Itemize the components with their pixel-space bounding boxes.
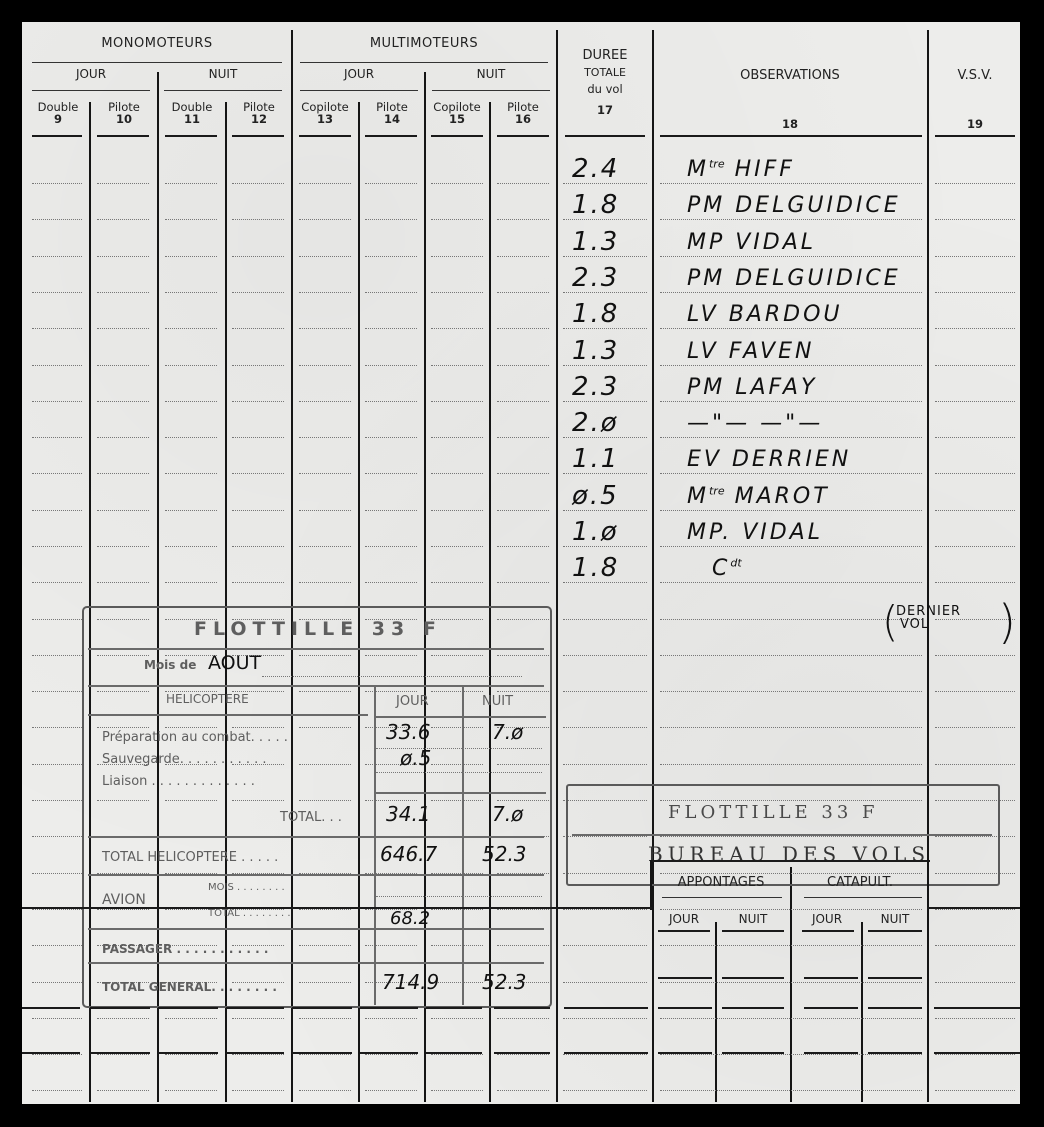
total-bar bbox=[868, 1007, 922, 1009]
row-guideline bbox=[165, 473, 217, 474]
total-general-jour: 714.9 bbox=[382, 970, 439, 994]
row-guideline bbox=[32, 945, 82, 946]
col-header-observations: OBSERVATIONS bbox=[654, 68, 926, 83]
row-guideline bbox=[232, 1018, 284, 1019]
col-divider bbox=[861, 922, 863, 1102]
group-header-multimoteurs: MULTIMOTEURS bbox=[300, 36, 548, 51]
avion-total-jour: 68.2 bbox=[390, 908, 430, 929]
row-guideline bbox=[431, 1090, 483, 1091]
flight-duration: 1.8 bbox=[572, 190, 619, 220]
row-guideline bbox=[165, 510, 217, 511]
passager-label: PASSAGER . . . . . . . . . . . bbox=[102, 942, 268, 956]
row-guideline bbox=[431, 437, 483, 438]
row-jour-sauvegarde: ø.5 bbox=[400, 746, 431, 770]
row-guideline bbox=[299, 1054, 351, 1055]
row-guideline bbox=[232, 219, 284, 220]
row-guideline bbox=[232, 582, 284, 583]
row-guideline bbox=[660, 982, 922, 983]
row-guideline bbox=[431, 328, 483, 329]
row-guideline bbox=[232, 365, 284, 366]
total-general-label: TOTAL GENERAL. . . . . . . . bbox=[102, 980, 277, 994]
row-guideline bbox=[165, 328, 217, 329]
row-guideline bbox=[935, 401, 1015, 402]
month-label: Mois de bbox=[144, 658, 196, 672]
row-guideline bbox=[660, 1054, 922, 1055]
flight-observation: PM LAFAY bbox=[687, 375, 817, 400]
row-guideline bbox=[299, 365, 351, 366]
total-bar bbox=[934, 1052, 1020, 1054]
helicoptere-label: HELICOPTERE bbox=[166, 692, 249, 706]
row-guideline bbox=[935, 727, 1015, 728]
row-guideline bbox=[563, 1090, 647, 1091]
row-guideline bbox=[97, 473, 149, 474]
total-bar bbox=[292, 1052, 352, 1054]
row-guideline bbox=[165, 365, 217, 366]
col-divider bbox=[927, 30, 929, 1102]
row-guideline bbox=[497, 292, 549, 293]
total-bar bbox=[158, 1052, 218, 1054]
row-guideline bbox=[365, 328, 417, 329]
row-guideline bbox=[660, 183, 922, 184]
row-guideline bbox=[660, 1090, 922, 1091]
row-guideline bbox=[97, 1018, 149, 1019]
row-guideline bbox=[299, 546, 351, 547]
row-guideline bbox=[935, 1090, 1015, 1091]
total-helicoptere-nuit: 52.3 bbox=[482, 842, 527, 866]
row-guideline bbox=[660, 546, 922, 547]
row-guideline bbox=[660, 219, 922, 220]
row-guideline bbox=[365, 1018, 417, 1019]
flight-observation: —"— —"— bbox=[687, 411, 823, 436]
total-bar bbox=[658, 977, 712, 979]
row-guideline bbox=[165, 546, 217, 547]
flight-observation: PM DELGUIDICE bbox=[687, 266, 901, 291]
flight-duration: 2.4 bbox=[572, 154, 619, 184]
row-guideline bbox=[660, 655, 922, 656]
row-guideline bbox=[232, 292, 284, 293]
row-guideline bbox=[660, 764, 922, 765]
total-bar bbox=[494, 1007, 550, 1009]
flight-duration: 1.3 bbox=[572, 336, 619, 366]
row-guideline bbox=[497, 1018, 549, 1019]
total-bar bbox=[658, 1052, 712, 1054]
total-bar bbox=[722, 1007, 784, 1009]
col-header-15: Copilote15 bbox=[426, 101, 488, 125]
row-guideline bbox=[935, 691, 1015, 692]
row-guideline bbox=[563, 1054, 647, 1055]
flight-observation: MP VIDAL bbox=[687, 230, 816, 255]
total-bar bbox=[722, 1052, 784, 1054]
row-guideline bbox=[299, 510, 351, 511]
row-guideline bbox=[32, 800, 82, 801]
row-guideline bbox=[935, 655, 1015, 656]
row-guideline bbox=[660, 909, 922, 910]
total-bar bbox=[426, 1052, 482, 1054]
row-guideline bbox=[165, 401, 217, 402]
row-guideline bbox=[563, 727, 647, 728]
month-value: AOUT bbox=[208, 652, 261, 674]
catapult-header: CATAPULT. bbox=[794, 875, 926, 890]
row-guideline bbox=[32, 1018, 82, 1019]
row-guideline bbox=[32, 836, 82, 837]
total-bar bbox=[360, 1052, 418, 1054]
row-guideline bbox=[299, 292, 351, 293]
row-guideline bbox=[365, 473, 417, 474]
row-guideline bbox=[563, 982, 647, 983]
row-guideline bbox=[431, 582, 483, 583]
flight-logbook-page: MONOMOTEURS MULTIMOTEURS JOUR NUIT JOUR … bbox=[22, 22, 1020, 1104]
col-header-18: 18 bbox=[654, 117, 926, 131]
row-guideline bbox=[97, 1090, 149, 1091]
row-guideline bbox=[299, 256, 351, 257]
total-jour: 34.1 bbox=[386, 802, 431, 826]
row-guideline bbox=[660, 582, 922, 583]
flight-observation: Mtre HIFF bbox=[687, 157, 795, 182]
row-guideline bbox=[97, 328, 149, 329]
row-guideline bbox=[32, 691, 82, 692]
flight-observation: Cdt bbox=[712, 556, 742, 581]
avion-total-label: TOTAL . . . . . . . . bbox=[208, 908, 291, 919]
flight-duration: 1.1 bbox=[572, 444, 619, 474]
row-guideline bbox=[365, 292, 417, 293]
flight-observation: LV FAVEN bbox=[687, 339, 814, 364]
row-guideline bbox=[165, 219, 217, 220]
row-guideline bbox=[97, 256, 149, 257]
total-bar bbox=[564, 1052, 648, 1054]
row-guideline bbox=[32, 655, 82, 656]
row-guideline bbox=[32, 365, 82, 366]
row-guideline bbox=[365, 401, 417, 402]
total-bar bbox=[22, 1007, 80, 1009]
row-guideline bbox=[563, 909, 647, 910]
row-guideline bbox=[660, 328, 922, 329]
total-bar bbox=[226, 1007, 284, 1009]
row-guideline bbox=[431, 1054, 483, 1055]
catapult-nuit: NUIT bbox=[864, 912, 926, 926]
row-guideline bbox=[935, 219, 1015, 220]
row-guideline bbox=[97, 510, 149, 511]
appontages-header: APPONTAGES bbox=[654, 875, 788, 890]
row-guideline bbox=[232, 437, 284, 438]
total-bar bbox=[22, 1052, 80, 1054]
row-guideline bbox=[32, 982, 82, 983]
row-guideline bbox=[497, 1090, 549, 1091]
row-guideline bbox=[935, 183, 1015, 184]
row-guideline bbox=[32, 546, 82, 547]
row-guideline bbox=[165, 1090, 217, 1091]
stamp-col-jour: JOUR bbox=[396, 694, 429, 709]
avion-mois-label: MOIS . . . . . . . . bbox=[208, 882, 285, 893]
row-guideline bbox=[431, 1018, 483, 1019]
row-guideline bbox=[97, 1054, 149, 1055]
row-guideline bbox=[97, 219, 149, 220]
row-guideline bbox=[365, 437, 417, 438]
col-header-17: DUREE TOTALE du vol 17 bbox=[558, 47, 652, 119]
catapult-jour: JOUR bbox=[794, 912, 860, 926]
total-bar bbox=[494, 1052, 550, 1054]
row-guideline bbox=[497, 582, 549, 583]
row-guideline bbox=[165, 437, 217, 438]
flight-duration: 2.ø bbox=[572, 408, 619, 438]
row-guideline bbox=[32, 727, 82, 728]
row-guideline bbox=[299, 183, 351, 184]
row-guideline bbox=[935, 764, 1015, 765]
row-guideline bbox=[660, 945, 922, 946]
row-guideline bbox=[935, 945, 1015, 946]
row-guideline bbox=[935, 582, 1015, 583]
flight-observation: PM DELGUIDICE bbox=[687, 193, 901, 218]
row-guideline bbox=[431, 546, 483, 547]
col-header-19: 19 bbox=[930, 117, 1020, 131]
row-guideline bbox=[660, 365, 922, 366]
row-label-liaison: Liaison . . . . . . . . . . . . . bbox=[102, 774, 255, 789]
col-header-14: Pilote14 bbox=[360, 101, 424, 125]
flight-observation: Mtre MAROT bbox=[687, 484, 830, 509]
row-guideline bbox=[431, 510, 483, 511]
total-bar bbox=[426, 1007, 482, 1009]
row-guideline bbox=[97, 183, 149, 184]
row-guideline bbox=[660, 401, 922, 402]
row-guideline bbox=[365, 582, 417, 583]
row-guideline bbox=[935, 982, 1015, 983]
group-header-monomoteurs: MONOMOTEURS bbox=[32, 36, 282, 51]
flight-duration: 1.8 bbox=[572, 553, 619, 583]
row-guideline bbox=[299, 1018, 351, 1019]
col-divider bbox=[652, 30, 654, 1102]
row-guideline bbox=[497, 219, 549, 220]
flight-duration: 2.3 bbox=[572, 372, 619, 402]
row-guideline bbox=[32, 909, 82, 910]
row-guideline bbox=[431, 256, 483, 257]
row-guideline bbox=[32, 1090, 82, 1091]
row-guideline bbox=[365, 219, 417, 220]
col-header-12: Pilote12 bbox=[227, 101, 291, 125]
col-header-9: Double9 bbox=[28, 101, 88, 125]
row-guideline bbox=[660, 437, 922, 438]
row-guideline bbox=[497, 510, 549, 511]
total-nuit: 7.ø bbox=[492, 802, 523, 826]
row-guideline bbox=[660, 1018, 922, 1019]
row-guideline bbox=[431, 401, 483, 402]
flight-totals-stamp: FLOTTILLE 33 F Mois de AOUT HELICOPTERE … bbox=[82, 606, 552, 1008]
row-guideline bbox=[32, 328, 82, 329]
total-bar bbox=[804, 1007, 858, 1009]
row-guideline bbox=[232, 1090, 284, 1091]
row-guideline bbox=[299, 1090, 351, 1091]
col-divider bbox=[556, 30, 558, 1102]
row-guideline bbox=[32, 256, 82, 257]
row-guideline bbox=[97, 292, 149, 293]
row-guideline bbox=[660, 691, 922, 692]
row-guideline bbox=[232, 1054, 284, 1055]
row-guideline bbox=[935, 365, 1015, 366]
row-guideline bbox=[32, 219, 82, 220]
row-guideline bbox=[497, 401, 549, 402]
row-guideline bbox=[365, 1090, 417, 1091]
row-guideline bbox=[232, 510, 284, 511]
row-guideline bbox=[660, 727, 922, 728]
row-guideline bbox=[32, 873, 82, 874]
row-guideline bbox=[32, 1054, 82, 1055]
row-guideline bbox=[935, 473, 1015, 474]
stamp-flottille: FLOTTILLE 33 F bbox=[668, 802, 879, 823]
row-guideline bbox=[497, 473, 549, 474]
last-flight-note: ( DERNIER VOL ) bbox=[890, 605, 961, 631]
flight-observation: MP. VIDAL bbox=[687, 520, 823, 545]
subheader-jour: JOUR bbox=[32, 67, 150, 81]
row-label-sauvegarde: Sauvegarde. . . . . . . . . . . bbox=[102, 752, 267, 767]
row-guideline bbox=[563, 619, 647, 620]
stamp-title: FLOTTILLE 33 F bbox=[194, 618, 442, 640]
row-guideline bbox=[165, 292, 217, 293]
col-header-16: Pilote16 bbox=[491, 101, 555, 125]
row-guideline bbox=[563, 764, 647, 765]
total-bar bbox=[722, 977, 784, 979]
row-guideline bbox=[365, 365, 417, 366]
row-guideline bbox=[232, 256, 284, 257]
row-guideline bbox=[32, 437, 82, 438]
row-guideline bbox=[32, 619, 82, 620]
total-general-nuit: 52.3 bbox=[482, 970, 527, 994]
row-guideline bbox=[232, 183, 284, 184]
row-guideline bbox=[497, 328, 549, 329]
stamp-col-nuit: NUIT bbox=[482, 694, 513, 709]
total-bar bbox=[564, 1007, 648, 1009]
flight-duration: 1.ø bbox=[572, 517, 619, 547]
row-guideline bbox=[32, 401, 82, 402]
row-guideline bbox=[365, 1054, 417, 1055]
row-guideline bbox=[660, 256, 922, 257]
row-guideline bbox=[97, 582, 149, 583]
row-guideline bbox=[299, 401, 351, 402]
row-nuit-preparation: 7.ø bbox=[492, 720, 523, 744]
row-guideline bbox=[365, 546, 417, 547]
row-guideline bbox=[563, 691, 647, 692]
row-guideline bbox=[232, 473, 284, 474]
col-header-10: Pilote10 bbox=[92, 101, 156, 125]
row-guideline bbox=[97, 437, 149, 438]
subheader-jour: JOUR bbox=[300, 67, 418, 81]
row-guideline bbox=[232, 401, 284, 402]
row-guideline bbox=[431, 473, 483, 474]
col-header-13: Copilote13 bbox=[293, 101, 357, 125]
row-guideline bbox=[935, 437, 1015, 438]
row-guideline bbox=[660, 292, 922, 293]
row-guideline bbox=[365, 256, 417, 257]
row-guideline bbox=[165, 1018, 217, 1019]
total-bar bbox=[292, 1007, 352, 1009]
row-guideline bbox=[935, 546, 1015, 547]
row-guideline bbox=[299, 582, 351, 583]
flight-observation: EV DERRIEN bbox=[687, 447, 851, 472]
row-guideline bbox=[165, 582, 217, 583]
flight-duration: ø.5 bbox=[572, 481, 619, 511]
row-jour-preparation: 33.6 bbox=[386, 720, 431, 744]
row-guideline bbox=[32, 510, 82, 511]
col-header-11: Double11 bbox=[160, 101, 224, 125]
total-bar bbox=[90, 1007, 150, 1009]
row-guideline bbox=[935, 1054, 1015, 1055]
total-bar bbox=[360, 1007, 418, 1009]
row-guideline bbox=[431, 219, 483, 220]
total-bar bbox=[868, 977, 922, 979]
row-guideline bbox=[32, 292, 82, 293]
row-guideline bbox=[935, 1018, 1015, 1019]
flight-duration: 1.8 bbox=[572, 299, 619, 329]
flight-duration: 1.3 bbox=[572, 227, 619, 257]
total-helicoptere-jour: 646.7 bbox=[380, 842, 437, 866]
row-guideline bbox=[497, 437, 549, 438]
row-label-preparation: Préparation au combat. . . . . bbox=[102, 730, 288, 745]
row-guideline bbox=[660, 473, 922, 474]
row-guideline bbox=[32, 183, 82, 184]
row-guideline bbox=[431, 183, 483, 184]
row-guideline bbox=[299, 219, 351, 220]
flight-duration: 2.3 bbox=[572, 263, 619, 293]
appontages-nuit: NUIT bbox=[718, 912, 788, 926]
total-bar bbox=[658, 1007, 712, 1009]
col-divider bbox=[715, 922, 717, 1102]
row-guideline bbox=[32, 473, 82, 474]
total-bar bbox=[934, 1007, 1020, 1009]
row-guideline bbox=[365, 183, 417, 184]
row-guideline bbox=[32, 764, 82, 765]
row-guideline bbox=[935, 292, 1015, 293]
row-guideline bbox=[365, 510, 417, 511]
row-guideline bbox=[299, 437, 351, 438]
flight-observation: LV BARDOU bbox=[687, 302, 843, 327]
total-bar bbox=[868, 1052, 922, 1054]
total-label: TOTAL. . . bbox=[280, 810, 342, 825]
total-bar bbox=[804, 977, 858, 979]
row-guideline bbox=[935, 328, 1015, 329]
row-guideline bbox=[299, 473, 351, 474]
row-guideline bbox=[431, 365, 483, 366]
row-guideline bbox=[497, 256, 549, 257]
row-guideline bbox=[935, 256, 1015, 257]
row-guideline bbox=[497, 183, 549, 184]
row-guideline bbox=[563, 655, 647, 656]
avion-label: AVION bbox=[102, 892, 146, 908]
row-guideline bbox=[299, 328, 351, 329]
total-bar bbox=[226, 1052, 284, 1054]
row-guideline bbox=[935, 909, 1015, 910]
row-guideline bbox=[165, 183, 217, 184]
row-guideline bbox=[97, 546, 149, 547]
row-guideline bbox=[660, 510, 922, 511]
row-guideline bbox=[165, 1054, 217, 1055]
total-bar bbox=[158, 1007, 218, 1009]
row-guideline bbox=[935, 510, 1015, 511]
row-guideline bbox=[32, 582, 82, 583]
total-bar bbox=[90, 1052, 150, 1054]
row-guideline bbox=[497, 546, 549, 547]
row-guideline bbox=[431, 292, 483, 293]
subheader-nuit: NUIT bbox=[432, 67, 550, 81]
row-guideline bbox=[165, 256, 217, 257]
row-guideline bbox=[563, 945, 647, 946]
appontages-jour: JOUR bbox=[654, 912, 714, 926]
row-guideline bbox=[97, 401, 149, 402]
subheader-nuit: NUIT bbox=[164, 67, 282, 81]
row-guideline bbox=[497, 365, 549, 366]
total-helicoptere-label: TOTAL HELICOPTERE . . . . . bbox=[102, 850, 278, 865]
row-guideline bbox=[97, 365, 149, 366]
total-bar bbox=[804, 1052, 858, 1054]
row-guideline bbox=[497, 1054, 549, 1055]
row-guideline bbox=[232, 546, 284, 547]
row-guideline bbox=[232, 328, 284, 329]
